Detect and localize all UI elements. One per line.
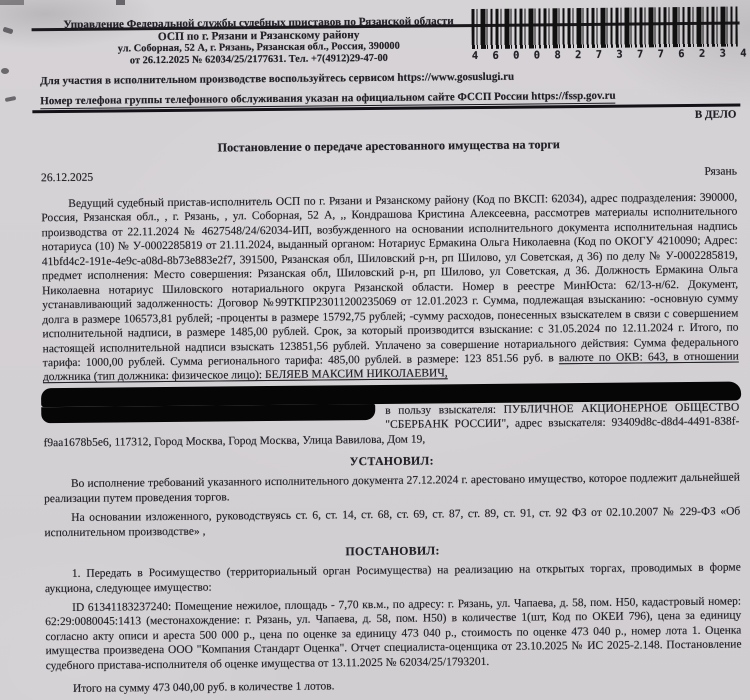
barcode-digits: 4 6 0 0 8 2 7 3 7 7 6 2 3 4: [472, 48, 738, 63]
claimant-paragraph: в пользу взыскателя: ПУБЛИЧНОЕ АКЦИОНЕРН…: [43, 400, 739, 450]
findings-paragraph: Во исполнение требований указанного испо…: [44, 471, 740, 507]
barcode: 4 6 0 0 8 2 7 3 7 7 6 2 3 4: [471, 7, 737, 63]
date-place-line: 26.12.2025 Рязань: [41, 165, 737, 185]
redaction-bar: [41, 404, 375, 423]
property-description-paragraph: ID 61341183237240: Помещение нежилое, пл…: [45, 594, 742, 673]
total-sum-line: Итого на сумму 473 040,00 руб. в количес…: [46, 676, 742, 697]
document-content: Управление Федеральной службы судебных п…: [0, 0, 750, 700]
gosuslugi-notice-text: Для участия в исполнительном производств…: [40, 71, 514, 88]
section-postanovil-heading: ПОСТАНОВИЛ:: [45, 541, 741, 563]
section-ustanovil-heading: УСТАНОВИЛ:: [44, 451, 740, 473]
gosuslugi-notice: Для участия в исполнительном производств…: [40, 69, 736, 88]
issuer-block: Управление Федеральной службы судебных п…: [39, 15, 477, 67]
preamble-text: Ведущий судебный пристав-исполнитель ОСП…: [41, 192, 738, 370]
document-date: 26.12.2025: [41, 171, 93, 185]
preamble-paragraph: Ведущий судебный пристав-исполнитель ОСП…: [41, 191, 739, 386]
transfer-order-paragraph: 1. Передать в Росимущество (территориаль…: [45, 561, 741, 597]
scanned-document-page: Управление Федеральной службы судебных п…: [0, 0, 750, 700]
legal-basis-paragraph: На основании изложенного, руководствуясь…: [44, 505, 740, 541]
barcode-bars-icon: [471, 7, 737, 50]
document-header: Управление Федеральной службы судебных п…: [39, 13, 736, 128]
document-place: Рязань: [704, 165, 737, 178]
document-title: Постановление о передаче арестованного и…: [41, 136, 737, 158]
